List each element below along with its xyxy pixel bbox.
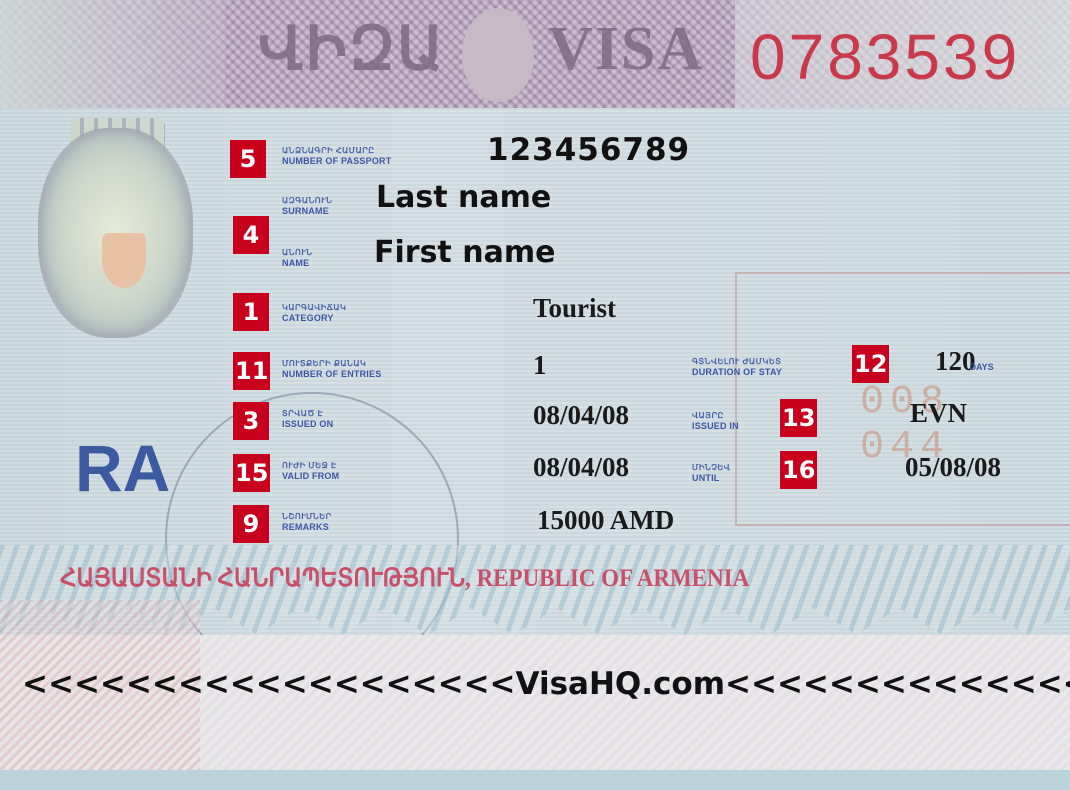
duration-label-arm: ԳՏՆՎԵԼՈՒ ԺԱՄԿԵՏ [692,357,782,367]
remarks-label: ՆՇՈՒՄՆԵՐ REMARKS [282,512,332,532]
visa-serial-number: 0783539 [750,20,1020,94]
field-badge-entries: 11 [233,352,270,390]
until-label-en: UNTIL [692,473,720,483]
duration-value: 120DAYS [935,346,994,377]
field-badge-passport: 5 [230,140,266,178]
duration-unit: DAYS [970,362,994,372]
remarks-label-en: REMARKS [282,522,329,532]
coat-of-arms-hologram-icon [30,118,205,353]
issued-on-label: ՏՐՎԱԾ Է ISSUED ON [282,409,333,429]
entries-label-en: NUMBER OF ENTRIES [282,369,381,379]
field-badge-issued-in: 13 [780,399,817,437]
visa-page: ՎԻԶԱ VISA 0783539 008 044 RA 5 ԱՆՁՆԱԳՐԻ … [0,0,1070,790]
issued-on-value: 08/04/08 [533,400,629,431]
field-badge-category: 1 [233,293,269,331]
duration-label: ԳՏՆՎԵԼՈՒ ԺԱՄԿԵՏ DURATION OF STAY [692,357,782,377]
visa-header-band: ՎԻԶԱ VISA 0783539 [0,0,1070,108]
issued-in-label: ՎԱՅՐԸ ISSUED IN [692,411,739,431]
until-label-arm: ՄԻՆՉԵՎ [692,463,730,473]
category-label-arm: ԿԱՐԳԱՎԻՃԱԿ [282,303,346,313]
surname-label-en: SURNAME [282,206,329,216]
issued-in-label-arm: ՎԱՅՐԸ [692,411,739,421]
until-label: ՄԻՆՉԵՎ UNTIL [692,463,730,483]
field-badge-until: 16 [780,451,817,489]
passport-number-label: ԱՆՁՆԱԳՐԻ ՀԱՄԱՐԸ NUMBER OF PASSPORT [282,146,391,166]
name-label-en: NAME [282,258,309,268]
valid-from-label-en: VALID FROM [282,471,339,481]
surname-label-arm: ԱԶԳԱՆՈՒՆ [282,196,332,206]
surname-label: ԱԶԳԱՆՈՒՆ SURNAME [282,196,332,216]
surname-value: Last name [376,180,551,215]
category-value: Tourist [533,293,616,324]
first-name-value: First name [374,235,555,270]
field-badge-remarks: 9 [233,505,269,543]
name-label-arm: ԱՆՈՒՆ [282,248,312,258]
field-badge-name: 4 [233,216,269,254]
header-fade-left [0,0,225,108]
issued-on-label-arm: ՏՐՎԱԾ Է [282,409,333,419]
valid-from-value: 08/04/08 [533,452,629,483]
entries-label: ՄՈՒՏՔԵՐԻ ՔԱՆԱԿ NUMBER OF ENTRIES [282,359,381,379]
passport-number-value: 123456789 [487,132,690,168]
issued-on-label-en: ISSUED ON [282,419,333,429]
name-label: ԱՆՈՒՆ NAME [282,248,312,268]
armenian-visa-title: ՎԻԶԱ [258,14,445,84]
visa-title: VISA [548,14,704,85]
mrz-line: <<<<<<<<<<<<<<<<<<<VisaHQ.com<<<<<<<<<<<… [22,666,1070,702]
entries-label-arm: ՄՈՒՏՔԵՐԻ ՔԱՆԱԿ [282,359,381,369]
remarks-value: 15000 AMD [537,505,674,536]
until-value: 05/08/08 [905,452,1001,483]
field-badge-valid-from: 15 [233,454,270,492]
passport-number-label-arm: ԱՆՁՆԱԳՐԻ ՀԱՄԱՐԸ [282,146,391,156]
category-label-en: CATEGORY [282,313,334,323]
emblem-shield [102,233,146,288]
valid-from-label: ՈՒԺԻ ՄԵՋ Է VALID FROM [282,461,339,481]
field-badge-duration: 12 [852,345,889,383]
valid-from-label-arm: ՈՒԺԻ ՄԵՋ Է [282,461,339,471]
field-badge-issued-on: 3 [233,402,269,440]
issued-in-label-en: ISSUED IN [692,421,739,431]
duration-label-en: DURATION OF STAY [692,367,782,377]
republic-of-armenia-text: ՀԱՅԱՍՏԱՆԻ ՀԱՆՐԱՊԵՏՈՒԹՅՈՒՆ, REPUBLIC OF A… [60,563,749,593]
remarks-label-arm: ՆՇՈՒՄՆԵՐ [282,512,332,522]
passport-number-label-en: NUMBER OF PASSPORT [282,156,391,166]
category-label: ԿԱՐԳԱՎԻՃԱԿ CATEGORY [282,303,346,323]
bottom-wave-strip [0,770,1070,790]
entries-value: 1 [533,350,547,381]
header-oval-ornament [462,8,534,102]
issued-in-value: EVN [910,398,967,429]
country-code: RA [75,430,170,506]
